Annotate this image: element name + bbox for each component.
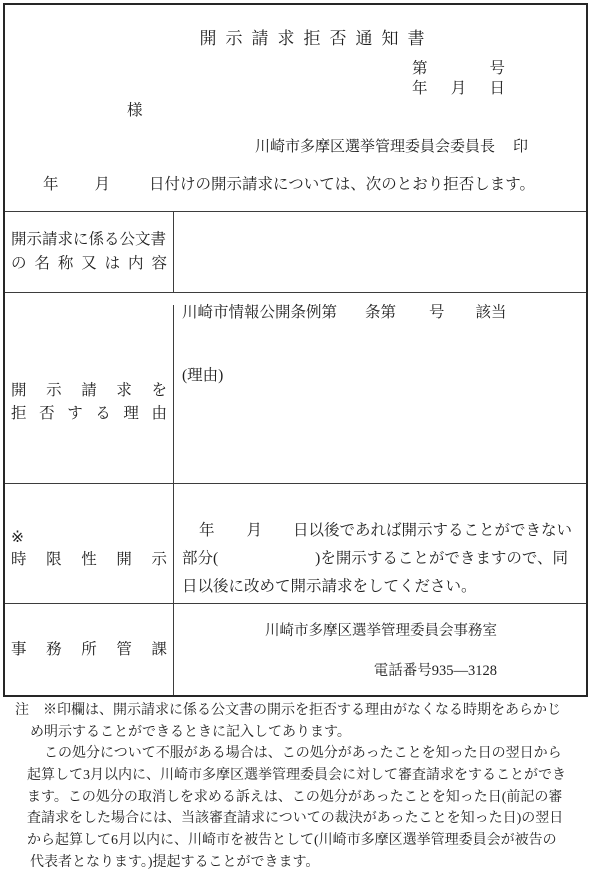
note-line: 起算して3月以内に、川崎市多摩区選挙管理委員会に対して審査請求をすることができ [0, 765, 591, 787]
office-name: 川崎市多摩区選挙管理委員会事務室 [182, 619, 497, 643]
reason-heading: (理由) [182, 366, 578, 386]
temporal-line2: 部分()を開示することができますので、同 [182, 545, 578, 573]
ordinance-line: 川崎市情報公開条例第条第号該当 [182, 303, 578, 323]
note-line: ます。この処分の取消しを求める訴えは、この処分があったことを知った日(前記の審 [0, 787, 591, 809]
document-name-content-cell [174, 212, 586, 292]
temporal-part-open: 部分( [182, 550, 218, 567]
temporal-line1-rest: 日以後であれば開示することができない [293, 517, 572, 545]
document-name-label-line1: 開示請求に係る公文書 [11, 228, 167, 252]
temporal-mark: ※ [11, 527, 167, 549]
temporal-year-label: 年 [199, 517, 215, 545]
temporal-line1: 年月日以後であれば開示することができない [182, 517, 578, 545]
refusal-reason-label-line2: 拒否する理由 [11, 402, 167, 425]
office-phone: 電話番号935—3128 [182, 659, 497, 683]
article-label: 条第 [365, 303, 396, 323]
intro-year-label: 年 [43, 176, 59, 193]
document-name-label-line2: の名称又は内容 [11, 252, 167, 276]
issue-date-line: 年 月 日 [412, 76, 505, 98]
row-document-name: 開示請求に係る公文書 の名称又は内容 [5, 211, 586, 292]
item-label: 号 [429, 303, 445, 323]
intro-sentence: 年月日付けの開示請求については、次のとおり拒否します。 [43, 172, 535, 194]
temporal-disclosure-label: ※ 時限性開示 [5, 489, 174, 608]
ordinance-name: 川崎市情報公開条例第 [182, 304, 337, 321]
note-line1-text: ※印欄は、開示請求に係る公文書の開示を拒否する理由がなくなる時期をあらかじ [43, 703, 561, 718]
date-day-label: 日 [489, 76, 505, 98]
date-month-label: 月 [451, 76, 467, 98]
row-office: 事務所管課 川崎市多摩区選挙管理委員会事務室 電話番号935—3128 [5, 603, 586, 695]
refusal-reason-label-line1: 開示請求を [11, 379, 167, 402]
temporal-disclosure-content-cell: 年月日以後であれば開示することができない 部分()を開示することができますので、… [174, 484, 586, 603]
intro-month-label: 月 [95, 172, 111, 194]
doc-number-suffix: 号 [489, 56, 505, 78]
temporal-line3: 日以後に改めて開示請求をしてください。 [182, 573, 578, 601]
request-table: 開示請求に係る公文書 の名称又は内容 開示請求を 拒否する理由 川崎市情報公開条… [5, 211, 586, 695]
temporal-label: 時限性開示 [11, 549, 167, 571]
doc-number-prefix: 第 [412, 56, 428, 78]
note-marker: 注 [15, 703, 29, 718]
issuer-line: 川崎市多摩区選挙管理委員会委員長印 [255, 135, 528, 156]
row-temporal-disclosure: ※ 時限性開示 年月日以後であれば開示することができない 部分()を開示すること… [5, 483, 586, 603]
office-content-cell: 川崎市多摩区選挙管理委員会事務室 電話番号935—3128 [174, 604, 586, 695]
form-frame: 開示請求拒否通知書 第 号 年 月 日 様 川崎市多摩区選挙管理委員会委員長印 … [3, 3, 588, 697]
issuer-name: 川崎市多摩区選挙管理委員会委員長 [255, 139, 495, 155]
note-line: 代表者となります。)提起することができます。 [0, 852, 591, 874]
doc-number-line: 第 号 [412, 56, 505, 78]
office-label-cell: 事務所管課 [5, 604, 174, 695]
refusal-reason-content-cell: 川崎市情報公開条例第条第号該当 (理由) [174, 293, 586, 483]
office-label: 事務所管課 [11, 638, 167, 662]
note-line: から起算して6月以内に、川崎市を被告として(川崎市多摩区選挙管理委員会が被告の [0, 830, 591, 852]
note-line: この処分について不服がある場合は、この処分があったことを知った日の翌日から [0, 743, 591, 765]
addressee-honorific: 様 [127, 98, 143, 120]
note-line: め明示することができるときに記入してあります。 [0, 722, 591, 744]
document-name-label: 開示請求に係る公文書 の名称又は内容 [5, 212, 174, 292]
document-page: 開示請求拒否通知書 第 号 年 月 日 様 川崎市多摩区選挙管理委員会委員長印 … [0, 0, 591, 877]
applicable-label: 該当 [476, 303, 507, 323]
page-title: 開示請求拒否通知書 [5, 24, 586, 49]
row-refusal-reason: 開示請求を 拒否する理由 川崎市情報公開条例第条第号該当 (理由) [5, 292, 586, 483]
intro-rest-text: 日付けの開示請求については、次のとおり拒否します。 [149, 172, 535, 194]
seal-placeholder: 印 [513, 139, 528, 155]
temporal-month-label: 月 [247, 517, 263, 545]
note-line: 査請求をした場合には、当該審査請求についての裁決があったことを知った日)の翌日 [0, 808, 591, 830]
note-line: 注※印欄は、開示請求に係る公文書の開示を拒否する理由がなくなる時期をあらかじ [0, 700, 591, 722]
notes-section: 注※印欄は、開示請求に係る公文書の開示を拒否する理由がなくなる時期をあらかじ め… [0, 700, 591, 874]
temporal-part-close: )を開示することができますので、同 [315, 545, 568, 573]
date-year-label: 年 [412, 76, 428, 98]
refusal-reason-label: 開示請求を 拒否する理由 [5, 305, 174, 495]
